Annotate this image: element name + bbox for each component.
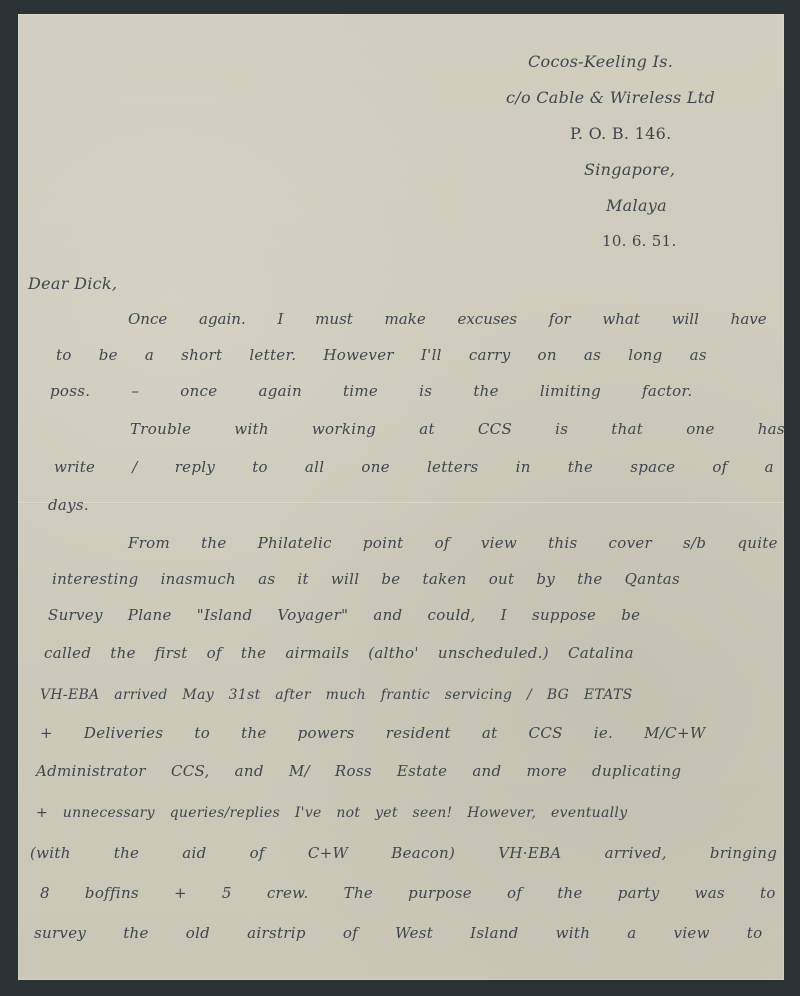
body-line-17: survey the old airstrip of West Island w… xyxy=(34,926,762,941)
letter-page xyxy=(18,14,784,980)
body-line-4: Trouble with working at CCS is that one … xyxy=(130,422,800,437)
body-line-16: 8 boffins + 5 crew. The purpose of the p… xyxy=(40,886,776,901)
paper-fold-line xyxy=(18,502,784,504)
body-line-10: called the first of the airmails (altho'… xyxy=(44,646,634,661)
body-line-15: (with the aid of C+W Beacon) VH·EBA arri… xyxy=(30,846,777,861)
body-line-9: Survey Plane "Island Voyager" and could,… xyxy=(48,608,640,623)
salutation: Dear Dick, xyxy=(28,276,117,292)
body-line-11: VH-EBA arrived May 31st after much frant… xyxy=(40,688,632,702)
body-line-8: interesting inasmuch as it will be taken… xyxy=(52,572,680,587)
body-line-13: Administrator CCS, and M/ Ross Estate an… xyxy=(36,764,681,779)
body-line-1: Once again. I must make excuses for what… xyxy=(128,312,758,327)
address-line-1: Cocos-Keeling Is. xyxy=(528,54,673,70)
address-line-2: c/o Cable & Wireless Ltd xyxy=(506,90,715,106)
body-line-6: days. xyxy=(48,498,89,513)
address-line-3: P. O. B. 146. xyxy=(570,126,672,142)
body-line-2: to be a short letter. However I'll carry… xyxy=(56,348,756,363)
body-line-3: poss. – once again time is the limiting … xyxy=(50,384,692,399)
address-line-5: Malaya xyxy=(606,198,667,214)
letter-date: 10. 6. 51. xyxy=(602,234,677,249)
body-line-12: + Deliveries to the powers resident at C… xyxy=(40,726,706,741)
address-line-4: Singapore, xyxy=(584,162,675,178)
body-line-14: + unnecessary queries/replies I've not y… xyxy=(36,806,627,820)
body-line-5: write / reply to all one letters in the … xyxy=(54,460,800,475)
body-line-7: From the Philatelic point of view this c… xyxy=(128,536,778,551)
